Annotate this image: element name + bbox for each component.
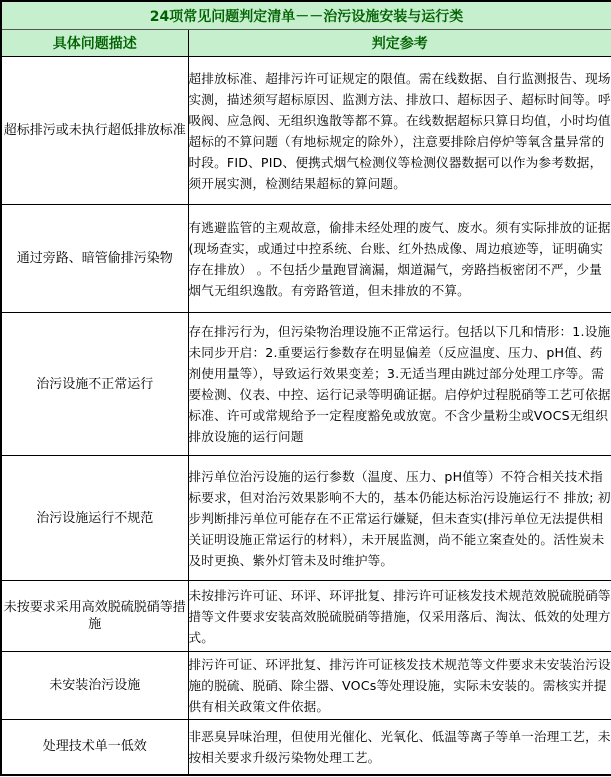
- reference-cell: 存在排污行为，但污染物治理设施不正常运行。包括以下几和情形：1.设施未同步开启：…: [188, 313, 611, 456]
- reference-cell: 排污许可证、环评批复、排污许可证核发技术规范等文件要求未安装治污设施的脱硫、脱硝…: [188, 652, 611, 720]
- table-row: 治污设施不正常运行 存在排污行为，但污染物治理设施不正常运行。包括以下几和情形：…: [1, 313, 611, 456]
- problem-cell: 治污设施运行不规范: [1, 456, 188, 581]
- table-row: 处理技术单一低效 非恶臭异味治理，但使用光催化、光氧化、低温等离子等单一治理工艺…: [1, 720, 611, 775]
- reference-cell: 有逃避监管的主观故意，偷排未经处理的废气、废水。须有实际排放的证据(现场查实，或…: [188, 205, 611, 313]
- table-title: 24项常见问题判定清单－－治污设施安装与运行类: [1, 1, 611, 30]
- column-header-row: 具体问题描述 判定参考: [1, 30, 611, 57]
- column-header-reference: 判定参考: [188, 30, 611, 57]
- table-row: 通过旁路、暗管偷排污染物 有逃避监管的主观故意，偷排未经处理的废气、废水。须有实…: [1, 205, 611, 313]
- judgment-checklist-table: 24项常见问题判定清单－－治污设施安装与运行类 具体问题描述 判定参考 超标排污…: [0, 0, 611, 776]
- reference-cell: 排污单位治污设施的运行参数（温度、压力、pH值等）不符合相关技术指标要求，但对治…: [188, 456, 611, 581]
- table-row: 未安装治污设施 排污许可证、环评批复、排污许可证核发技术规范等文件要求未安装治污…: [1, 652, 611, 720]
- problem-cell: 未按要求采用高效脱硫脱硝等措施: [1, 581, 188, 652]
- reference-cell: 非恶臭异味治理，但使用光催化、光氧化、低温等离子等单一治理工艺，未按相关要求升级…: [188, 720, 611, 775]
- column-header-problem: 具体问题描述: [1, 30, 188, 57]
- reference-cell: 超排放标准、超排污许可证规定的限值。需在线数据、自行监测报告、现场实测，描述须写…: [188, 57, 611, 205]
- table-row: 治污设施运行不规范 排污单位治污设施的运行参数（温度、压力、pH值等）不符合相关…: [1, 456, 611, 581]
- problem-cell: 超标排污或未执行超低排放标准: [1, 57, 188, 205]
- problem-cell: 治污设施不正常运行: [1, 313, 188, 456]
- problem-cell: 处理技术单一低效: [1, 720, 188, 775]
- table-row: 未按要求采用高效脱硫脱硝等措施 未按排污许可证、环评、环评批复、排污许可证核发技…: [1, 581, 611, 652]
- reference-cell: 未按排污许可证、环评、环评批复、排污许可证核发技术规范效脱硫脱硝等措等文件要求安…: [188, 581, 611, 652]
- problem-cell: 未安装治污设施: [1, 652, 188, 720]
- table-row: 超标排污或未执行超低排放标准 超排放标准、超排污许可证规定的限值。需在线数据、自…: [1, 57, 611, 205]
- table-title-row: 24项常见问题判定清单－－治污设施安装与运行类: [1, 1, 611, 30]
- problem-cell: 通过旁路、暗管偷排污染物: [1, 205, 188, 313]
